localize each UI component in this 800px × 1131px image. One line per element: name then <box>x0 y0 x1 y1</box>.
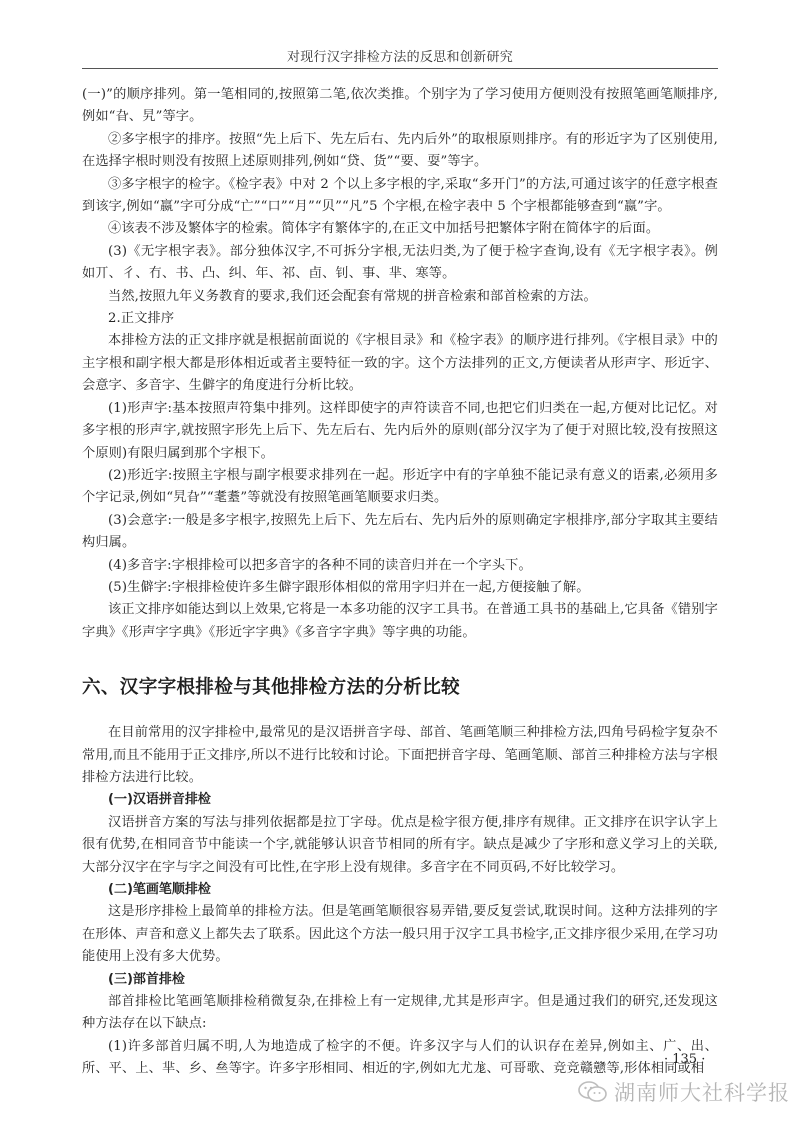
paragraph: (2)形近字:按照主字根与副字根要求排列在一起。形近字中有的字单独不能记录有意义… <box>82 465 718 510</box>
paragraph: 部首排检比笔画笔顺排检稍微复杂,在排检上有一定规律,尤其是形声字。但是通过我们的… <box>82 991 718 1036</box>
subsection-heading-stroke: (二)笔画笔顺排检 <box>82 879 718 901</box>
section-title: 六、汉字字根排检与其他排检方法的分析比较 <box>82 674 718 702</box>
paragraph: 这是形序排检上最简单的排检方法。但是笔画笔顺很容易弄错,要反复尝试,耽误时间。这… <box>82 901 718 968</box>
header-rule <box>82 68 718 69</box>
section-intro: 在目前常用的汉字排检中,最常见的是汉语拼音字母、部首、笔画笔顺三种排检方法,四角… <box>82 722 718 789</box>
subsection-heading-pinyin: (一)汉语拼音排检 <box>82 789 718 811</box>
running-head: 对现行汉字排检方法的反思和创新研究 <box>82 46 718 65</box>
paragraph: (3)《无字根字表》。部分独体汉字,不可拆分字根,无法归类,为了便于检字查询,设… <box>82 241 718 286</box>
paragraph: (1)许多部首归属不明,人为地造成了检字的不便。许多汉字与人们的认识存在差异,例… <box>82 1036 718 1081</box>
article-body: (一)”的顺序排列。第一笔相同的,按照第二笔,依次类推。个别字为了学习使用方便则… <box>82 84 718 1081</box>
paragraph: (1)形声字:基本按照声符集中排列。这样即使字的声符读音不同,也把它们归类在一起… <box>82 398 718 465</box>
paragraph: 汉语拼音方案的写法与排列依据都是拉丁字母。优点是检字很方便,排序有规律。正文排序… <box>82 812 718 879</box>
page-number-text: · 135 · <box>664 1052 705 1067</box>
document-page: 对现行汉字排检方法的反思和创新研究 (一)”的顺序排列。第一笔相同的,按照第二笔… <box>0 0 800 1131</box>
paragraph: 当然,按照九年义务教育的要求,我们还会配套有常规的拼音检索和部首检索的方法。 <box>82 286 718 308</box>
paragraph: (3)会意字:一般是多字根字,按照先上后下、先左后右、先内后外的原则确定字根排序… <box>82 510 718 555</box>
paragraph: ③多字根字的检字。《检字表》中对 2 个以上多字根的字,采取“多开门”的方法,可… <box>82 174 718 219</box>
paragraph: (4)多音字:字根排检可以把多音字的各种不同的读音归并在一个字头下。 <box>82 555 718 577</box>
subsection-heading-radical: (三)部首排检 <box>82 969 718 991</box>
paragraph: ②多字根字的排序。按照“先上后下、先左后右、先内后外”的取根原则排序。有的形近字… <box>82 129 718 174</box>
spacer <box>82 702 718 722</box>
watermark-text: 湖南师大社科学报 <box>614 1077 790 1107</box>
wechat-icon <box>578 1080 608 1104</box>
paragraph: (5)生僻字:字根排检使许多生僻字跟形体相似的常用字归并在一起,方便接触了解。 <box>82 577 718 599</box>
paragraph: ④该表不涉及繁体字的检索。简体字有繁体字的,在正文中加括号把繁体字附在简体字的后… <box>82 218 718 240</box>
watermark: 湖南师大社科学报 <box>578 1077 790 1107</box>
subheading-text-order: 2.正文排序 <box>82 308 718 330</box>
paragraph: (一)”的顺序排列。第一笔相同的,按照第二笔,依次类推。个别字为了学习使用方便则… <box>82 84 718 129</box>
paragraph: 本排检方法的正文排序就是根据前面说的《字根目录》和《检字表》的顺序进行排列。《字… <box>82 330 718 397</box>
paragraph: 该正文排序如能达到以上效果,它将是一本多功能的汉字工具书。在普通工具书的基础上,… <box>82 599 718 644</box>
